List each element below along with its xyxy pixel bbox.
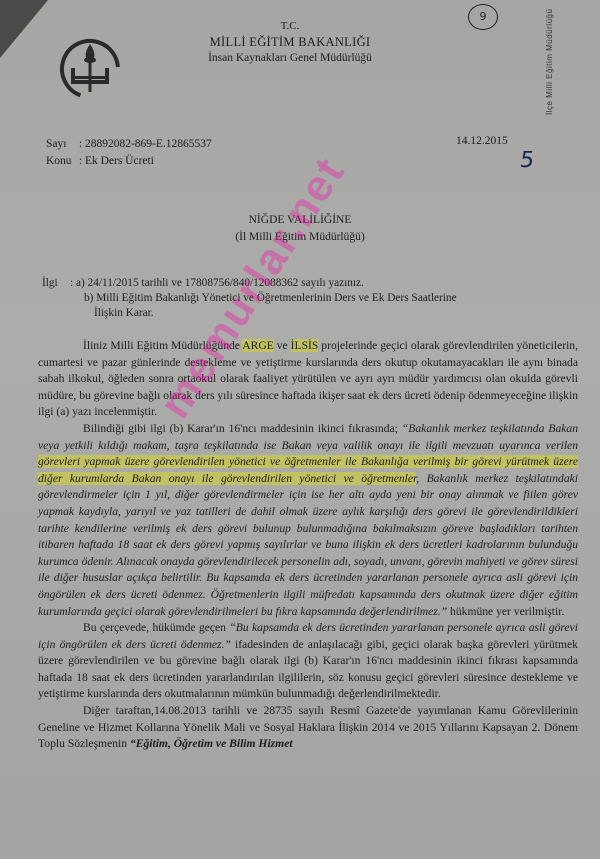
highlight-arge: ARGE bbox=[242, 339, 274, 352]
header-ministry: MİLLİ EĞİTİM BAKANLIĞI bbox=[180, 34, 400, 50]
p2-pre: Bilindiği gibi ilgi (b) Karar'ın 16'ncı … bbox=[83, 422, 402, 435]
reference-b: b) Milli Eğitim Bakanlığı Yönetici ve Öğ… bbox=[42, 291, 562, 306]
addressee: NİĞDE VALİLİĞİNE (İl Milli Eğitim Müdürl… bbox=[180, 212, 420, 246]
p1-text: İliniz Milli Eğitim Müdürlüğünde bbox=[83, 339, 242, 352]
reference-b-cont: İlişkin Karar. bbox=[42, 306, 562, 321]
p2-quote-2: , Bakanlık merkez teşkilatındaki görevle… bbox=[38, 472, 578, 618]
letter-body: İliniz Milli Eğitim Müdürlüğünde ARGE ve… bbox=[38, 338, 578, 753]
reference-a-text: : a) 24/11/2015 tarihli ve 17808756/840/… bbox=[70, 277, 364, 289]
document-page: T.C. MİLLİ EĞİTİM BAKANLIĞI İnsan Kaynak… bbox=[0, 0, 600, 859]
reference-a: İlgi: a) 24/11/2015 tarihli ve 17808756/… bbox=[42, 276, 562, 291]
reference-block: İlgi: a) 24/11/2015 tarihli ve 17808756/… bbox=[42, 276, 562, 321]
paragraph-1: İliniz Milli Eğitim Müdürlüğünde ARGE ve… bbox=[38, 338, 578, 421]
letter-date: 14.12.2015 bbox=[456, 135, 508, 147]
handwritten-number: 5 bbox=[518, 148, 536, 173]
addressee-line1: NİĞDE VALİLİĞİNE bbox=[180, 212, 420, 229]
addressee-line2: (İl Milli Eğitim Müdürlüğü) bbox=[180, 229, 420, 246]
letterhead: T.C. MİLLİ EĞİTİM BAKANLIĞI İnsan Kaynak… bbox=[180, 18, 400, 66]
letter-meta: Sayı : 28892082-869-E.12865537 Konu : Ek… bbox=[46, 136, 212, 170]
sayi-row: Sayı : 28892082-869-E.12865537 bbox=[46, 136, 212, 153]
p4-quote: “Eğitim, Öğretim ve Bilim Hizmet bbox=[130, 737, 293, 750]
header-tc: T.C. bbox=[180, 18, 400, 34]
p1-mid: ve bbox=[274, 339, 291, 352]
vertical-receipt-stamp: İlçe Milli Eğitim Müdürlüğü bbox=[545, 9, 554, 115]
paragraph-2: Bilindiği gibi ilgi (b) Karar'ın 16'ncı … bbox=[38, 421, 578, 620]
paragraph-3: Bu çerçevede, hükümde geçen “Bu kapsamda… bbox=[38, 620, 578, 703]
sayi-label: Sayı bbox=[46, 136, 76, 153]
reference-label: İlgi bbox=[42, 276, 70, 291]
paragraph-4: Diğer taraftan,14.08.2013 tarihli ve 287… bbox=[38, 703, 578, 753]
p4-pre: Diğer taraftan,14.08.2013 tarihli ve 287… bbox=[38, 704, 578, 750]
konu-row: Konu : Ek Ders Ücreti bbox=[46, 153, 212, 170]
scan-corner-shadow bbox=[0, 0, 48, 58]
p2-post: hükmüne yer verilmiştir. bbox=[447, 605, 564, 618]
konu-value: : Ek Ders Ücreti bbox=[79, 153, 154, 170]
circled-page-number: 9 bbox=[468, 4, 498, 30]
header-department: İnsan Kaynakları Genel Müdürlüğü bbox=[180, 50, 400, 66]
sayi-value: : 28892082-869-E.12865537 bbox=[79, 136, 212, 153]
konu-label: Konu bbox=[46, 153, 76, 170]
ministry-logo-icon bbox=[55, 32, 125, 102]
p3-pre: Bu çerçevede, hükümde geçen bbox=[83, 621, 229, 634]
highlight-ilsis: İLSİS bbox=[291, 339, 319, 352]
